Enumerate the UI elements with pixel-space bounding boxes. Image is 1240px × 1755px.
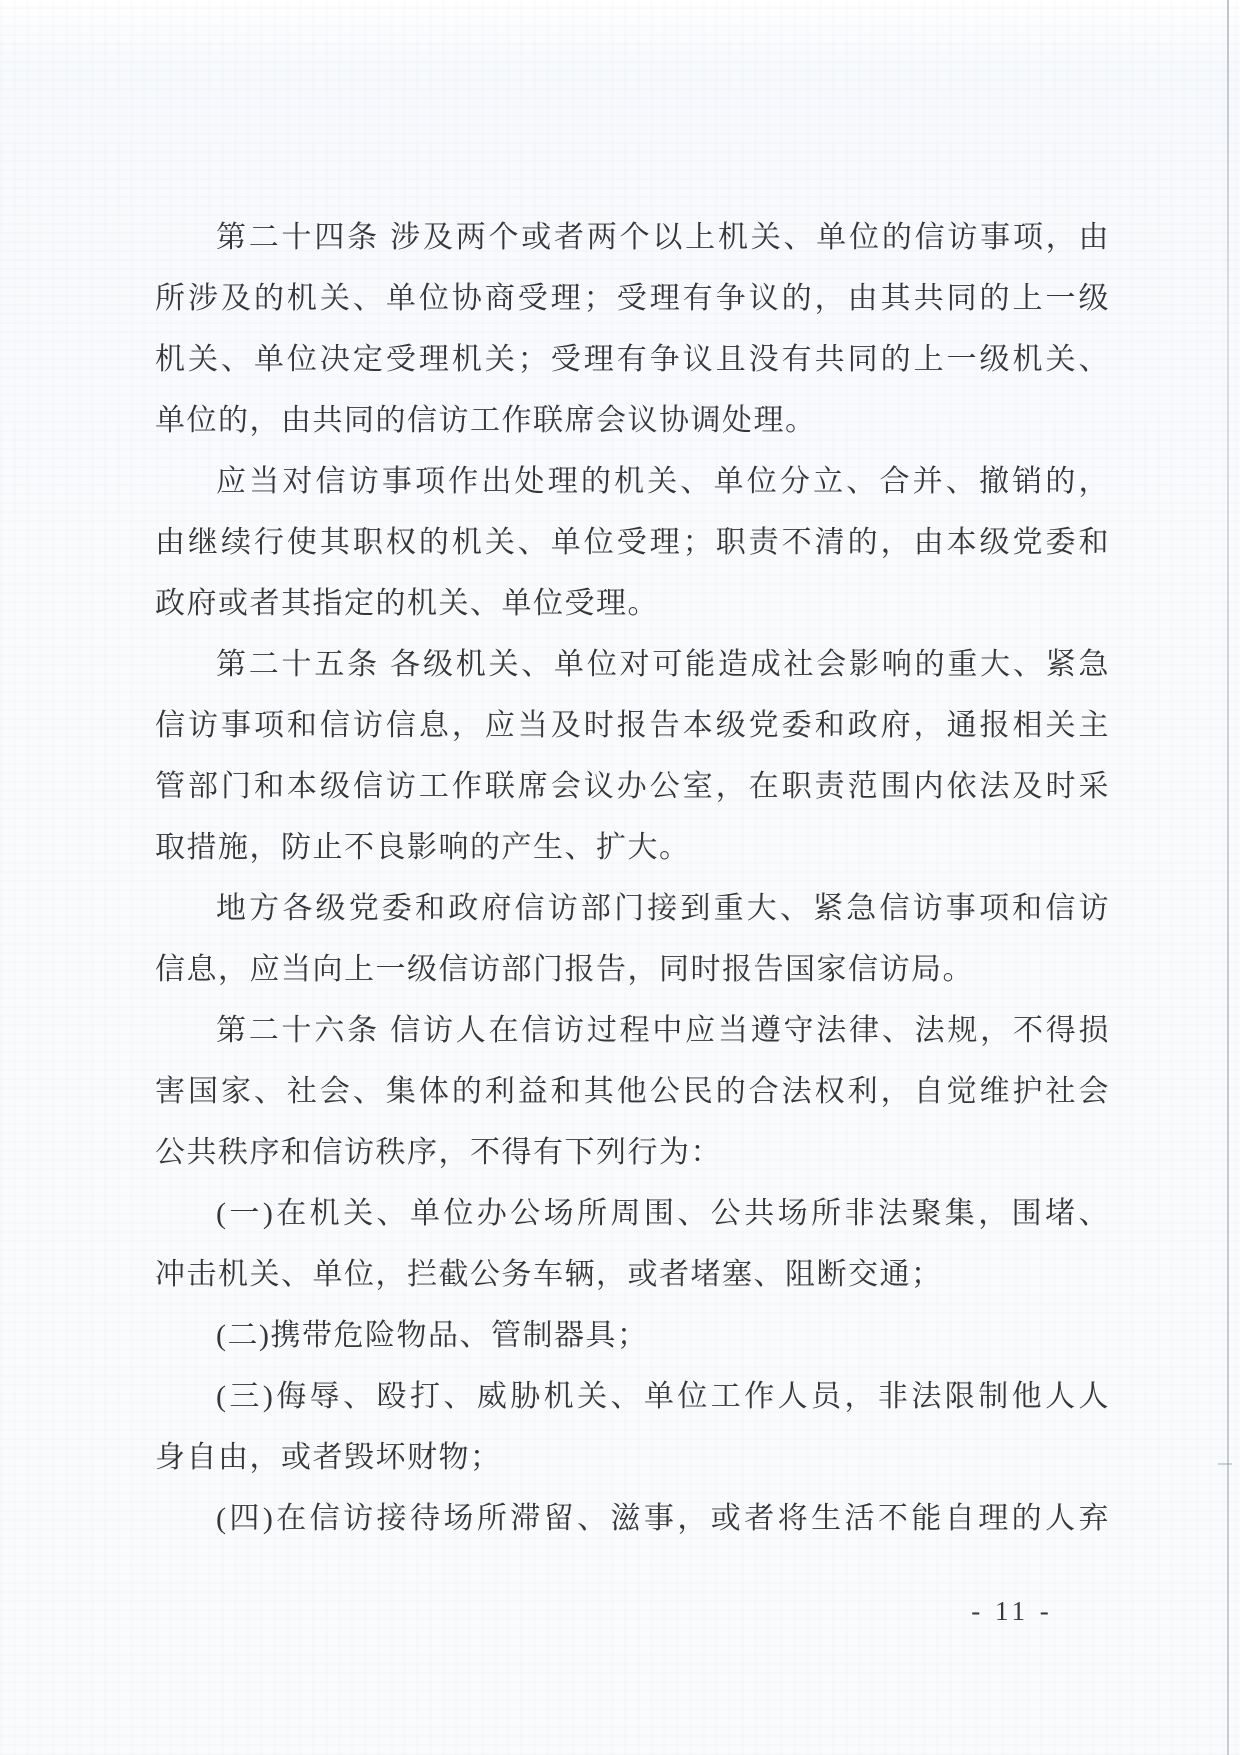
text-line: (四)在信访接待场所滞留、滋事，或者将生活不能自理的人弃 [155, 1488, 1110, 1549]
document-text-block: 第二十四条 涉及两个或者两个以上机关、单位的信访事项，由所涉及的机关、单位协商受… [155, 207, 1110, 1549]
text-line: 身自由，或者毁坏财物； [155, 1427, 1110, 1488]
text-line: (二)携带危险物品、管制器具； [155, 1305, 1110, 1366]
text-line: 所涉及的机关、单位协商受理；受理有争议的，由其共同的上一级 [155, 268, 1110, 329]
text-line: 第二十五条 各级机关、单位对可能造成社会影响的重大、紧急 [155, 634, 1110, 695]
text-line: 害国家、社会、集体的利益和其他公民的合法权利，自觉维护社会 [155, 1061, 1110, 1122]
scan-artifact-tick [1218, 1463, 1232, 1465]
text-line: 政府或者其指定的机关、单位受理。 [155, 573, 1110, 634]
text-line: 应当对信访事项作出处理的机关、单位分立、合并、撤销的， [155, 451, 1110, 512]
text-line: 信访事项和信访信息，应当及时报告本级党委和政府，通报相关主 [155, 695, 1110, 756]
text-line: 单位的，由共同的信访工作联席会议协调处理。 [155, 390, 1110, 451]
text-line: 公共秩序和信访秩序，不得有下列行为： [155, 1122, 1110, 1183]
text-line: (三)侮辱、殴打、威胁机关、单位工作人员，非法限制他人人 [155, 1366, 1110, 1427]
text-line: 冲击机关、单位，拦截公务车辆，或者堵塞、阻断交通； [155, 1244, 1110, 1305]
text-line: 信息，应当向上一级信访部门报告，同时报告国家信访局。 [155, 939, 1110, 1000]
text-line: 地方各级党委和政府信访部门接到重大、紧急信访事项和信访 [155, 878, 1110, 939]
text-line: 由继续行使其职权的机关、单位受理；职责不清的，由本级党委和 [155, 512, 1110, 573]
text-line: 第二十六条 信访人在信访过程中应当遵守法律、法规，不得损 [155, 1000, 1110, 1061]
page-number: - 11 - [952, 1596, 1072, 1627]
text-line: 取措施，防止不良影响的产生、扩大。 [155, 817, 1110, 878]
text-line: 管部门和本级信访工作联席会议办公室，在职责范围内依法及时采 [155, 756, 1110, 817]
scan-edge-line [1227, 0, 1229, 1755]
text-line: 机关、单位决定受理机关；受理有争议且没有共同的上一级机关、 [155, 329, 1110, 390]
document-page: 第二十四条 涉及两个或者两个以上机关、单位的信访事项，由所涉及的机关、单位协商受… [0, 0, 1240, 1755]
text-line: (一)在机关、单位办公场所周围、公共场所非法聚集，围堵、 [155, 1183, 1110, 1244]
text-line: 第二十四条 涉及两个或者两个以上机关、单位的信访事项，由 [155, 207, 1110, 268]
